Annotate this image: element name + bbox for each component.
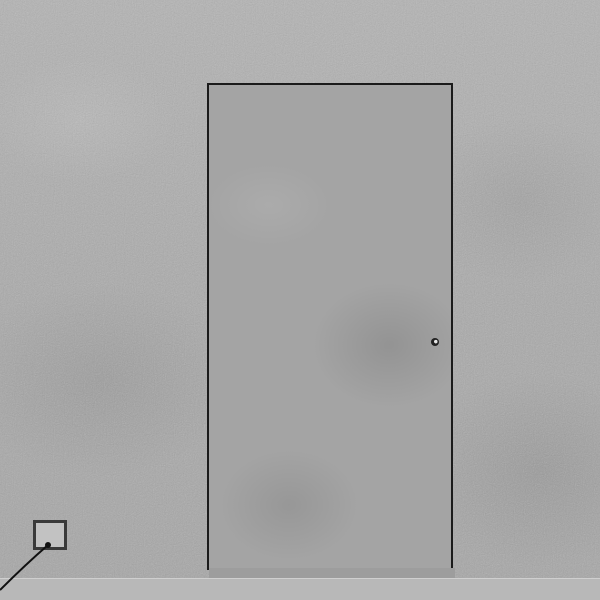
floor (0, 578, 600, 600)
concrete-door (207, 83, 453, 570)
door-knob (431, 338, 439, 346)
wall-outlet (33, 520, 67, 550)
outlet-plate (36, 523, 64, 547)
image-description: Grayscale photo of a flush concrete door… (0, 0, 1, 1)
photo-scene: Grayscale photo of a flush concrete door… (0, 0, 600, 600)
